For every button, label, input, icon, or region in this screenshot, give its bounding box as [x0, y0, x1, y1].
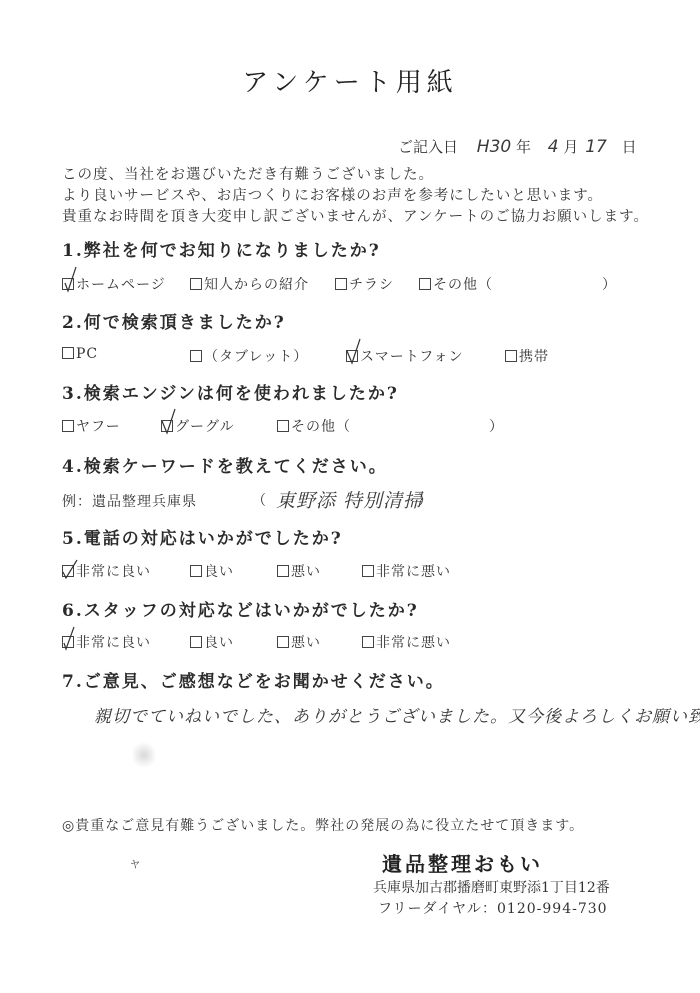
- checkbox[interactable]: [277, 636, 289, 648]
- date-year-value[interactable]: H30: [477, 137, 511, 157]
- date-day-suffix: 日: [622, 138, 637, 156]
- q1-option-other[interactable]: その他（: [419, 274, 493, 294]
- checkbox[interactable]: [190, 565, 202, 577]
- question-3-label: 3.検索エンジンは何を使われましたか?: [62, 379, 399, 404]
- q5-option-very-bad[interactable]: 非常に悪い: [362, 561, 451, 581]
- question-6-label: 6.スタッフの対応などはいかがでしたか?: [62, 596, 419, 621]
- q3-option-other[interactable]: その他（: [277, 416, 351, 436]
- checkbox[interactable]: [277, 420, 289, 432]
- date-month-suffix: 月: [563, 138, 578, 156]
- company-address: 兵庫県加古郡播磨町東野添1丁目12番: [373, 877, 610, 897]
- check-mark-icon: [163, 407, 181, 435]
- q2-option-pc[interactable]: PC: [62, 346, 98, 362]
- company-phone: フリーダイヤル：0120-994-730: [378, 898, 608, 918]
- q1-option-homepage[interactable]: ホームページ: [62, 274, 166, 294]
- checkbox-checked[interactable]: [161, 420, 173, 432]
- q4-answer-open-paren: （: [252, 490, 267, 510]
- date-year-suffix: 年: [516, 138, 531, 156]
- checkbox[interactable]: [277, 565, 289, 577]
- checkbox[interactable]: [335, 278, 347, 290]
- q6-option-bad[interactable]: 悪い: [277, 632, 321, 652]
- checkbox[interactable]: [362, 565, 374, 577]
- checkbox[interactable]: [419, 278, 431, 290]
- question-1-label: 1.弊社を何でお知りになりましたか?: [62, 236, 381, 261]
- q3-option-yahoo[interactable]: ヤフー: [62, 416, 121, 436]
- q3-other-close-paren: ）: [489, 416, 503, 436]
- q5-option-very-good[interactable]: 非常に良い: [62, 561, 151, 581]
- date-day-value[interactable]: 17: [585, 137, 607, 157]
- stray-mark: ヤ: [130, 856, 140, 871]
- q1-option-flyer[interactable]: チラシ: [335, 274, 394, 294]
- q2-option-mobile[interactable]: 携帯: [505, 346, 549, 366]
- company-name: 遺品整理おもい: [382, 848, 543, 877]
- q2-option-smartphone[interactable]: スマートフォン: [346, 346, 464, 366]
- date-label: ご記入日: [398, 138, 458, 156]
- check-mark-icon: [64, 552, 82, 580]
- intro-line-1: この度、当社をお選びいただき有難うございました。: [62, 163, 434, 184]
- question-5-label: 5.電話の対応はいかがでしたか?: [62, 524, 343, 549]
- checkbox[interactable]: [505, 350, 517, 362]
- question-7-label: 7.ご意見、ご感想などをお聞かせください。: [62, 667, 445, 692]
- checkbox[interactable]: [62, 347, 74, 359]
- intro-line-3: 貴重なお時間を頂き大変申し訳ございませんが、アンケートのご協力お願いします。: [62, 205, 649, 226]
- checkbox-checked[interactable]: [62, 565, 74, 577]
- checkbox[interactable]: [362, 636, 374, 648]
- checkbox-checked[interactable]: [346, 350, 358, 362]
- intro-line-2: より良いサービスや、お店つくりにお客様のお声を参考にしたいと思います。: [62, 184, 603, 205]
- checkbox[interactable]: [62, 420, 74, 432]
- q6-option-very-bad[interactable]: 非常に悪い: [362, 632, 451, 652]
- checkbox[interactable]: [190, 636, 202, 648]
- checkbox-checked[interactable]: [62, 636, 74, 648]
- q2-option-tablet[interactable]: （タブレット）: [190, 346, 308, 366]
- scan-speckle: [133, 740, 155, 770]
- q4-keyword-answer[interactable]: 東野添 特別清掃: [276, 486, 423, 513]
- check-mark-icon: [64, 265, 82, 293]
- check-mark-icon: [348, 337, 366, 365]
- footer-thanks: ◎貴重なご意見有難うございました。弊社の発展の為に役立たせて頂きます。: [62, 815, 584, 835]
- form-title: アンケート用紙: [0, 62, 700, 99]
- checkbox[interactable]: [190, 278, 202, 290]
- q6-option-very-good[interactable]: 非常に良い: [62, 632, 151, 652]
- q3-option-google[interactable]: グーグル: [161, 416, 235, 436]
- q1-other-close-paren: ）: [602, 274, 616, 294]
- question-4-label: 4.検索ケーワードを教えてください。: [62, 452, 388, 477]
- q1-option-referral[interactable]: 知人からの紹介: [190, 274, 309, 294]
- date-month-value[interactable]: 4: [548, 137, 559, 157]
- checkbox[interactable]: [190, 350, 202, 362]
- q7-comment-answer[interactable]: 親切でていねいでした、ありがとうございました。又今後よろしくお願い致します。: [94, 702, 700, 727]
- q4-answer-close-paren: ）: [418, 490, 433, 510]
- q5-option-good[interactable]: 良い: [190, 561, 234, 581]
- question-2-label: 2.何で検索頂きましたか?: [62, 308, 286, 333]
- checkbox-checked[interactable]: [62, 278, 74, 290]
- q5-option-bad[interactable]: 悪い: [277, 561, 321, 581]
- date-field: ご記入日 H30 年 4 月 17 日: [398, 136, 637, 157]
- q4-example: 例：遺品整理兵庫県: [62, 491, 197, 511]
- q6-option-good[interactable]: 良い: [190, 632, 234, 652]
- check-mark-icon: [64, 623, 82, 651]
